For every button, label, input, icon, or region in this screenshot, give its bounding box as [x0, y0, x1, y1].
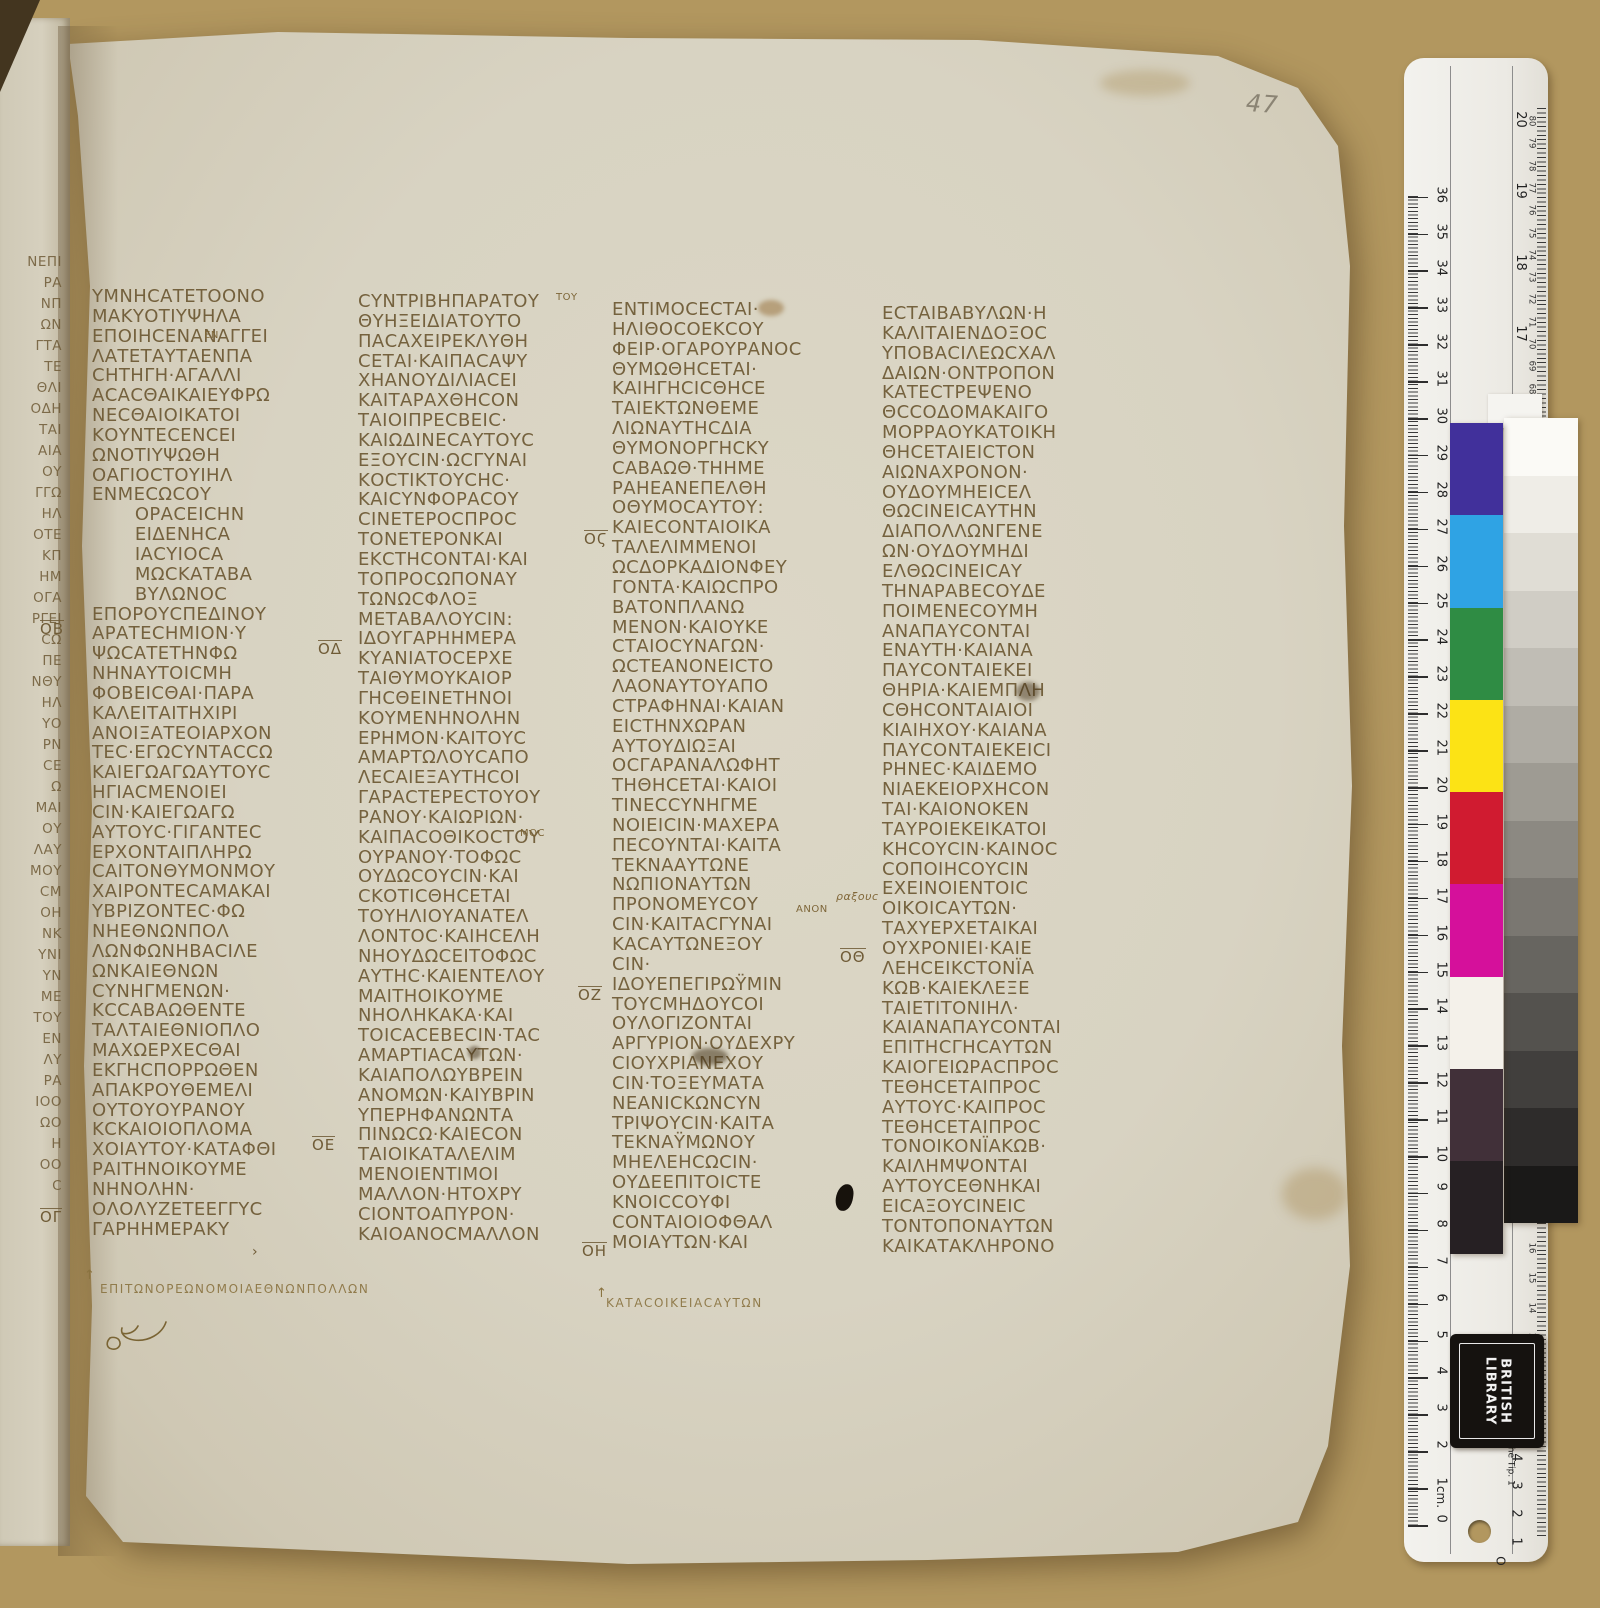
- bottom-margin-note-1: ΕΠΙΤΩΝΟΡΕΩΝΟΜΟΙΑΕΘΝΩΝΠΟΛΛΩΝ: [100, 1282, 369, 1296]
- manuscript-line: ΤΟΥΗΛΙΟΥΑΝΑΤΕΛ: [358, 907, 626, 927]
- facing-fragment: ΝΘΥ: [0, 672, 62, 693]
- cm-number: 23: [1434, 666, 1449, 684]
- facing-fragment: ϹΜ: [0, 882, 62, 903]
- manuscript-line: ΜΑΧΩΕΡΧΕϹΘΑΙ: [92, 1041, 360, 1061]
- manuscript-line: ΥΜΝΗϹΑΤΕΤΟΟΝΟ: [92, 287, 360, 307]
- cm-tick: [1408, 1451, 1428, 1453]
- gray-step: [1504, 1051, 1578, 1109]
- manuscript-line: ΝΕϹΘΑΙΟΙΚΑΤΟΙ: [92, 406, 360, 426]
- manuscript-line: ΕΚϹΤΗϹΟΝΤΑΙ·ΚΑΙ: [358, 550, 626, 570]
- manuscript-line: ΑΥΤΟΥΔΙΩΞΑΙ: [612, 737, 880, 757]
- manuscript-line: ΒΥΛΩΝΟϹ: [92, 585, 360, 605]
- facing-fragment: ΗΜ: [0, 567, 62, 588]
- gray-step: [1504, 533, 1578, 591]
- manuscript-line: ΛΟΝΤΟϹ·ΚΑΙΗϹΕΛΗ: [358, 927, 626, 947]
- manuscript-line: ΚΙΑΙΗΧΟΥ·ΚΑΙΑΝΑ: [882, 721, 1150, 741]
- manuscript-line: ΕϹΤΑΙΒΑΒΥΛΩΝ·Η: [882, 304, 1150, 324]
- section-number: ΟϚ: [584, 530, 608, 546]
- cm-number: 18: [1434, 850, 1449, 868]
- corrector-note: ραξουϲ: [836, 890, 879, 903]
- fine-number: 80: [1526, 116, 1536, 127]
- manuscript-line: ΑΝΟΜΩΝ·ΚΑΙΥΒΡΙΝ: [358, 1086, 626, 1106]
- section-number: ΟΖ: [578, 986, 602, 1002]
- manuscript-line: ΑΥΤΟΥϹ·ΚΑΙΠΡΟϹ: [882, 1098, 1150, 1118]
- facing-fragment: ΗΛ: [0, 693, 62, 714]
- facing-fragment: Ϲ: [0, 1176, 62, 1197]
- fine-number: 75: [1526, 227, 1536, 238]
- manuscript-line: ΕΙϹΑΞΟΥϹΙΝΕΙϹ: [882, 1197, 1150, 1217]
- manuscript-line: ΡΑΙΤΗΝΟΙΚΟΥΜΕ: [92, 1160, 360, 1180]
- cm-tick: [1408, 197, 1428, 199]
- manuscript-line: ΙΔΟΥΕΠΕΓΙΡΩΫΜΙΝ: [612, 975, 880, 995]
- manuscript-line: ΧΗΑΝΟΥΔΙΛΙΑϹΕΙ: [358, 371, 626, 391]
- cm-tick: [1408, 1377, 1428, 1379]
- interlinear-correction: ΕΝ: [204, 330, 219, 341]
- cm-tick: [1408, 824, 1428, 826]
- manuscript-line: ΓΑΡΑϹΤΕΡΕϹΤΟΥΟΥ: [358, 788, 626, 808]
- manuscript-line: ΡΑΝΟΥ·ΚΑΙΩΡΙΩΝ·: [358, 808, 626, 828]
- cm-tick: [1408, 234, 1428, 236]
- manuscript-line: ΗΛΙΘΟϹΟΕΚϹΟΥ: [612, 320, 880, 340]
- cm-tick: [1408, 1119, 1428, 1121]
- section-number: ΟΒ: [40, 620, 64, 636]
- manuscript-line: ΘΥΜΟΝΟΡΓΗϹΚΥ: [612, 439, 880, 459]
- manuscript-line: ΓΗϹΘΕΙΝΕΤΗΝΟΙ: [358, 689, 626, 709]
- cm-number: 8: [1434, 1219, 1449, 1237]
- manuscript-line: ΚΑΙΕϹΟΝΤΑΙΟΙΚΑ: [612, 518, 880, 538]
- manuscript-line: ΝΗΟΥΔΩϹΕΙΤΟΦΩϹ: [358, 947, 626, 967]
- fine-number: 79: [1526, 138, 1536, 149]
- cm-tick: [1408, 603, 1428, 605]
- cm-tick: [1408, 861, 1428, 863]
- british-library-label-line2: LIBRARY: [1482, 1357, 1497, 1426]
- facing-fragment: ΤΟΥ: [0, 1008, 62, 1029]
- color-patch: [1450, 977, 1503, 1069]
- gray-step: [1504, 821, 1578, 879]
- cm-tick: [1408, 418, 1428, 420]
- cm-tick: [1408, 529, 1428, 531]
- gray-step: [1504, 993, 1578, 1051]
- manuscript-line: ΝΗΕΘΝΩΝΠΟΛ: [92, 922, 360, 942]
- manuscript-line: ΟΥΤΟΥΟΥΡΑΝΟΥ: [92, 1101, 360, 1121]
- cm-tick: [1408, 566, 1428, 568]
- manuscript-line: ΠΟΙΜΕΝΕϹΟΥΜΗ: [882, 602, 1150, 622]
- manuscript-line: ΕΝΜΕϹΩϹΟΥ: [92, 485, 360, 505]
- manuscript-line: ΕΠΙΤΗϹΓΗϹΑΥΤΩΝ: [882, 1038, 1150, 1058]
- zero-mark-label: O: [1494, 1556, 1508, 1565]
- parchment-stain: [1100, 70, 1190, 96]
- manuscript-line: ΑϹΑϹΘΑΙΚΑΙΕΥΦΡΩ: [92, 386, 360, 406]
- manuscript-line: ΚΑΙΚΑΤΑΚΛΗΡΟΝΟ: [882, 1237, 1150, 1257]
- facing-fragment: ΟΗ: [0, 903, 62, 924]
- gray-step: [1504, 936, 1578, 994]
- british-library-tab-border: BRITISH LIBRARY: [1459, 1343, 1535, 1439]
- cm-tick: [1408, 1414, 1428, 1416]
- manuscript-line: ΕΛΘΩϹΙΝΕΙϹΑΥ: [882, 562, 1150, 582]
- manuscript-line: ΕΠΟΡΟΥϹΠΕΔΙΝΟΥ: [92, 605, 360, 625]
- manuscript-line: ΦΕΙΡ·ΟΓΑΡΟΥΡΑΝΟϹ: [612, 340, 880, 360]
- cm-tick: [1408, 1230, 1428, 1232]
- manuscript-line: ΤΟΥϹΜΗΔΟΥϹΟΙ: [612, 995, 880, 1015]
- facing-fragment: ΛΑΥ: [0, 840, 62, 861]
- manuscript-line: ϹΙΝ·ΚΑΙΤΑϹΓΥΝΑΙ: [612, 915, 880, 935]
- manuscript-line: ΝΗΟΛΗΚΑΚΑ·ΚΑΙ: [358, 1006, 626, 1026]
- manuscript-line: ϹΕΤΑΙ·ΚΑΙΠΑϹΑΨΥ: [358, 352, 626, 372]
- manuscript-line: ΠΑϹΑΧΕΙΡΕΚΛΥΘΗ: [358, 332, 626, 352]
- cm-tick: [1408, 344, 1428, 346]
- fine-number: 1: [1509, 1537, 1524, 1545]
- manuscript-line: ΚΟΥΜΕΝΗΝΟΛΗΝ: [358, 709, 626, 729]
- manuscript-line: ΚΑΙΑΝΑΠΑΥϹΟΝΤΑΙ: [882, 1018, 1150, 1038]
- manuscript-line: ΠΑΥϹΟΝΤΑΙΕΚΕΙϹΙ: [882, 741, 1150, 761]
- ink-smudge: [468, 1046, 481, 1059]
- cm-number: 11: [1434, 1109, 1449, 1127]
- fine-number: 72: [1526, 294, 1536, 305]
- manuscript-line: ΛΕϹΑΙΕΞΑΥΤΗϹΟΙ: [358, 768, 626, 788]
- facing-fragment: ΤΕ: [0, 357, 62, 378]
- cm-tick: [1408, 787, 1428, 789]
- facing-fragment: ΘΛΙ: [0, 378, 62, 399]
- manuscript-line: ΤΡΙΨΟΥϹΙΝ·ΚΑΙΤΑ: [612, 1114, 880, 1134]
- manuscript-line: ΛΑΟΝΑΥΤΟΥΑΠΟ: [612, 677, 880, 697]
- manuscript-line: ϹΑΒΑΩΘ·ΤΗΗΜΕ: [612, 459, 880, 479]
- cm-unit-label: cm.: [1434, 1486, 1448, 1508]
- manuscript-line: ΑΥΤΟΥϹ·ΓΙΓΑΝΤΕϹ: [92, 823, 360, 843]
- manuscript-line: ΟΥΔΟΥΜΗΕΙϹΕΛ: [882, 483, 1150, 503]
- facing-fragment: ΠΕ: [0, 651, 62, 672]
- cm-number: 9: [1434, 1182, 1449, 1200]
- manuscript-line: ϹΟΠΟΙΗϹΟΥϹΙΝ: [882, 860, 1150, 880]
- cm-tick: [1408, 639, 1428, 641]
- color-patch: [1450, 884, 1503, 976]
- manuscript-line: ΟΥΡΑΝΟΥ·ΤΟΦΩϹ: [358, 848, 626, 868]
- manuscript-line: ΤΑΛΤΑΙΕΘΝΙΟΠΛΟ: [92, 1021, 360, 1041]
- gray-step: [1504, 878, 1578, 936]
- manuscript-line: ΤΕΘΗϹΕΤΑΙΠΡΟϹ: [882, 1118, 1150, 1138]
- manuscript-line: ΚΗϹΟΥϹΙΝ·ΚΑΙΝΟϹ: [882, 840, 1150, 860]
- section-number: ΟΓ: [40, 1208, 62, 1224]
- facing-fragment: ΡΝ: [0, 735, 62, 756]
- manuscript-line: ΘϹϹΟΔΟΜΑΚΑΙΓΟ: [882, 403, 1150, 423]
- manuscript-line: ϹΚΟΤΙϹΘΗϹΕΤΑΙ: [358, 887, 626, 907]
- manuscript-line: ΚΑΙΤΑΡΑΧΘΗϹΟΝ: [358, 391, 626, 411]
- cm-number: 29: [1434, 444, 1449, 462]
- manuscript-line: ϹΥΝΤΡΙΒΗΠΑΡΑΤΟΥ: [358, 292, 626, 312]
- facing-page-text-fragments: ΝΕΠΙΡΑΝΠΩΝΓΤΑΤΕΘΛΙΟΔΗΤΑΙΑΙΑΟΥΓΓΩΗΛΟΤΕΚΠΗ…: [0, 252, 66, 1197]
- manuscript-line: ΤΕΚΝΑΫΜΩΝΟΥ: [612, 1133, 880, 1153]
- manuscript-line: ΜΟΡΡΑΟΥΚΑΤΟΙΚΗ: [882, 423, 1150, 443]
- manuscript-line: ΓΑΡΗΗΜΕΡΑΚΥ: [92, 1220, 360, 1240]
- color-patch: [1450, 1069, 1503, 1161]
- ruler-hole: [1468, 1520, 1491, 1543]
- facing-fragment: ΥΝ: [0, 966, 62, 987]
- manuscript-line: ΟΛΟΛΥΖΕΤΕΕΓΓΥϹ: [92, 1200, 360, 1220]
- manuscript-line: ΚΑΙΛΗΜΨΟΝΤΑΙ: [882, 1157, 1150, 1177]
- manuscript-line: ΔΑΙΩΝ·ΟΝΤΡΟΠΟΝ: [882, 364, 1150, 384]
- manuscript-line: ΑΝΑΠΑΥϹΟΝΤΑΙ: [882, 622, 1150, 642]
- manuscript-line: ΚΑΙΟΓΕΙΩΡΑϹΠΡΟϹ: [882, 1058, 1150, 1078]
- caret-mark: ↑: [84, 1268, 95, 1283]
- manuscript-line: ΚΑΙΩΔΙΝΕϹΑΥΤΟΥϹ: [358, 431, 626, 451]
- facing-fragment: ΥΝΙ: [0, 945, 62, 966]
- manuscript-line: ΛΙΩΝΑΥΤΗϹΔΙΑ: [612, 419, 880, 439]
- manuscript-line: ΓΟΝΤΑ·ΚΑΙΩϹΠΡΟ: [612, 578, 880, 598]
- facing-fragment: ΝΚ: [0, 924, 62, 945]
- gray-step: [1504, 706, 1578, 764]
- bottom-margin-note-2: ΚΑΤΑϹΟΙΚΕΙΑϹΑΥΤΩΝ: [606, 1296, 763, 1310]
- manuscript-line: ΜΕΤΑΒΑΛΟΥϹΙΝ:: [358, 610, 626, 630]
- manuscript-line: ΤΗΘΗϹΕΤΑΙ·ΚΑΙΟΙ: [612, 776, 880, 796]
- facing-fragment: ΟΥ: [0, 819, 62, 840]
- manuscript-line: ΚϹϹΑΒΑΩΘΕΝΤΕ: [92, 1001, 360, 1021]
- manuscript-line: ΜΗΕΛΕΗϹΩϹΙΝ·: [612, 1153, 880, 1173]
- cm-number: 28: [1434, 481, 1449, 499]
- manuscript-line: ΤΑΙΟΙΠΡΕϹΒΕΙϹ·: [358, 411, 626, 431]
- facing-fragment: ΡΑ: [0, 1071, 62, 1092]
- manuscript-line: ΜΑΛΛΟΝ·ΗΤΟΧΡΥ: [358, 1185, 626, 1205]
- manuscript-line: ΤΕΚΝΑΑΥΤΩΝΕ: [612, 856, 880, 876]
- manuscript-line: ΚΑΙΑΠΟΛΩΥΒΡΕΙΝ: [358, 1066, 626, 1086]
- manuscript-line: ΠΙΝΩϹΩ·ΚΑΙΕϹΟΝ: [358, 1125, 626, 1145]
- gray-step: [1504, 648, 1578, 706]
- cm-tick: [1408, 270, 1428, 272]
- parchment-stain: [758, 300, 784, 316]
- manuscript-line: ΤΕΘΗϹΕΤΑΙΠΡΟϹ: [882, 1078, 1150, 1098]
- fine-number: 16: [1526, 1243, 1536, 1254]
- cm-number: 7: [1434, 1256, 1449, 1274]
- facing-fragment: ΩΝ: [0, 315, 62, 336]
- cm-tick: [1408, 935, 1428, 937]
- manuscript-line: ΚΑΛΕΙΤΑΙΤΗΧΙΡΙ: [92, 704, 360, 724]
- diple-mark: ›: [252, 1244, 258, 1260]
- cm-tick: [1408, 898, 1428, 900]
- fine-number: 73: [1526, 272, 1536, 283]
- cm-tick: [1408, 1156, 1428, 1158]
- fine-number: 71: [1526, 316, 1536, 327]
- manuscript-line: ΟϹΓΑΡΑΝΑΛΩΦΗΤ: [612, 756, 880, 776]
- cm-number: 25: [1434, 592, 1449, 610]
- color-patch: [1450, 1161, 1503, 1253]
- fine-number: 68: [1526, 383, 1536, 394]
- manuscript-line: ϹΘΗϹΟΝΤΑΙΑΙΟΙ: [882, 701, 1150, 721]
- manuscript-line: ΜΟΙΑΥΤΩΝ·ΚΑΙ: [612, 1233, 880, 1253]
- cm-tick: [1408, 1008, 1428, 1010]
- fine-number: 70: [1526, 339, 1536, 350]
- color-calibration-bar: [1450, 423, 1503, 1254]
- manuscript-line: ΒΑΤΟΝΠΛΑΝΩ: [612, 598, 880, 618]
- text-column-4: ΕϹΤΑΙΒΑΒΥΛΩΝ·ΗΚΑΛΙΤΑΙΕΝΔΟΞΟϹΥΠΟΒΑϹΙΛΕΩϹΧ…: [882, 304, 1150, 1257]
- facing-fragment: ΑΙΑ: [0, 441, 62, 462]
- gray-step: [1504, 1108, 1578, 1166]
- manuscript-line: ΩΝ·ΟΥΔΟΥΜΗΔΙ: [882, 542, 1150, 562]
- section-number: ΟΘ: [840, 948, 866, 964]
- manuscript-line: ΝΟΙΕΙϹΙΝ·ΜΑΧΕΡΑ: [612, 816, 880, 836]
- manuscript-line: ΝΕΑΝΙϹΚΩΝϹΥΝ: [612, 1094, 880, 1114]
- cm-number: 17: [1434, 887, 1449, 905]
- interlinear-correction: ΤΟΥ: [556, 292, 578, 303]
- manuscript-line: ΜΩϹΚΑΤΑΒΑ: [92, 565, 360, 585]
- manuscript-line: ΠΕϹΟΥΝΤΑΙ·ΚΑΙΤΑ: [612, 836, 880, 856]
- manuscript-line: ΕΙϹΤΗΝΧΩΡΑΝ: [612, 717, 880, 737]
- facing-fragment: ΜΟΥ: [0, 861, 62, 882]
- manuscript-line: ΛΩΝΦΩΝΗΒΑϹΙΛΕ: [92, 942, 360, 962]
- cm-number: 12: [1434, 1072, 1449, 1090]
- cm-number: 32: [1434, 334, 1449, 352]
- manuscript-line: ΕΡΗΜΟΝ·ΚΑΙΤΟΥϹ: [358, 729, 626, 749]
- grayscale-calibration-bar: [1504, 418, 1578, 1223]
- cm-number: 6: [1434, 1293, 1449, 1311]
- manuscript-line: ΕΧΕΙΝΟΙΕΝΤΟΙϹ: [882, 879, 1150, 899]
- manuscript-line: ΟΥΧΡΟΝΙΕΙ·ΚΑΙΕ: [882, 939, 1150, 959]
- cm-tick: [1408, 1488, 1428, 1490]
- folio-number: 47: [1245, 89, 1279, 119]
- cm-number: 14: [1434, 998, 1449, 1016]
- text-column-1: ΥΜΝΗϹΑΤΕΤΟΟΝΟΜΑΚΥΟΤΙΥΨΗΛΑΕΠΟΙΗϹΕΝΑΝΑΓΓΕΙ…: [92, 287, 360, 1240]
- facing-fragment: ΥΟ: [0, 714, 62, 735]
- cm-number: 36: [1434, 186, 1449, 204]
- manuscript-line: ΑΝΟΙΞΑΤΕΟΙΑΡΧΟΝ: [92, 724, 360, 744]
- manuscript-line: ΚΑΙΕΓΩΑΓΩΑΥΤΟΥϹ: [92, 763, 360, 783]
- cm-number: 30: [1434, 408, 1449, 426]
- cm-tick: [1408, 676, 1428, 678]
- manuscript-line: ΤΟΝΟΙΚΟΝΪΑΚΩΒ·: [882, 1137, 1150, 1157]
- cm-tick: [1408, 1304, 1428, 1306]
- section-number: ΟΔ: [318, 640, 342, 656]
- manuscript-line: ΘΥΗΞΕΙΔΙΑΤΟΥΤΟ: [358, 312, 626, 332]
- manuscript-line: ΜΕΝΟΝ·ΚΑΙΟΥΚΕ: [612, 618, 880, 638]
- manuscript-line: ΕΚΓΗϹΠΟΡΡΩΘΕΝ: [92, 1061, 360, 1081]
- manuscript-line: ΟΙΚΟΙϹΑΥΤΩΝ·: [882, 899, 1150, 919]
- cm-number: 16: [1434, 924, 1449, 942]
- manuscript-line: ΑΥΤΗϹ·ΚΑΙΕΝΤΕΛΟΥ: [358, 967, 626, 987]
- cm-number: 3: [1434, 1404, 1449, 1422]
- manuscript-line: ΑΙΩΝΑΧΡΟΝΟΝ·: [882, 463, 1150, 483]
- cm-tick: [1408, 1193, 1428, 1195]
- cm-tick: [1408, 1082, 1428, 1084]
- gray-step: [1504, 763, 1578, 821]
- manuscript-line: ΤΑΧΥΕΡΧΕΤΑΙΚΑΙ: [882, 919, 1150, 939]
- cm-tick: [1408, 750, 1428, 752]
- manuscript-line: ΜΕΝΟΙΕΝΤΙΜΟΙ: [358, 1165, 626, 1185]
- facing-fragment: ΛΥ: [0, 1050, 62, 1071]
- cm-number: 33: [1434, 297, 1449, 315]
- manuscript-line: ΘΩϹΙΝΕΙϹΑΥΤΗΝ: [882, 502, 1150, 522]
- manuscript-line: ΤΗΝΑΡΑΒΕϹΟΥΔΕ: [882, 582, 1150, 602]
- manuscript-line: ΚΑΙΗΓΗϹΙϹΘΗϹΕ: [612, 379, 880, 399]
- facing-fragment: ΟΤΕ: [0, 525, 62, 546]
- manuscript-line: ΚΥΑΝΙΑΤΟϹΕΡΧΕ: [358, 649, 626, 669]
- interlinear-correction: ΑΝΟΝ: [796, 904, 828, 915]
- manuscript-line: ΗΓΙΑϹΜΕΝΟΙΕΙ: [92, 783, 360, 803]
- manuscript-line: ΚΟΥΝΤΕϹΕΝϹΕΙ: [92, 426, 360, 446]
- cm-number: 2: [1434, 1441, 1449, 1459]
- manuscript-line: ΚΑΛΙΤΑΙΕΝΔΟΞΟϹ: [882, 324, 1150, 344]
- fine-number: 14: [1526, 1303, 1536, 1314]
- manuscript-line: ΟΑΓΙΟϹΤΟΥΙΗΛ: [92, 466, 360, 486]
- fine-number: 15: [1526, 1273, 1536, 1284]
- cm-number: 0: [1434, 1515, 1449, 1533]
- facing-fragment: Η: [0, 1134, 62, 1155]
- facing-fragment: ΙΟΟ: [0, 1092, 62, 1113]
- british-library-tab: BRITISH LIBRARY: [1450, 1334, 1544, 1448]
- manuscript-line: ΤΟΠΡΟϹΩΠΟΝΑΥ: [358, 570, 626, 590]
- cm-number: 5: [1434, 1330, 1449, 1348]
- manuscript-line: ΤΑΥΡΟΙΕΚΕΙΚΑΤΟΙ: [882, 820, 1150, 840]
- manuscript-line: ΤΑΙΕΤΙΤΟΝΙΗΛ·: [882, 999, 1150, 1019]
- cm-number: 21: [1434, 740, 1449, 758]
- color-patch: [1450, 423, 1503, 515]
- cm-number: 35: [1434, 223, 1449, 241]
- manuscript-line: ϹΗΤΗΓΗ·ΑΓΑΛΛΙ: [92, 366, 360, 386]
- manuscript-line: ΚΑΤΕϹΤΡΕΨΕΝΟ: [882, 383, 1150, 403]
- facing-fragment: ΟΟ: [0, 1155, 62, 1176]
- manuscript-line: ΕΝΤΙΜΟϹΕϹΤΑΙ·: [612, 300, 880, 320]
- facing-fragment: ΜΑΙ: [0, 798, 62, 819]
- manuscript-line: ΕΙΔΕΝΗϹΑ: [92, 525, 360, 545]
- manuscript-line: ΕΡΧΟΝΤΑΙΠΛΗΡΩ: [92, 843, 360, 863]
- fine-number: 77: [1526, 182, 1536, 193]
- manuscript-line: ΤΑΙΟΙΚΑΤΑΛΕΛΙΜ: [358, 1145, 626, 1165]
- manuscript-line: ΡΗΝΕϹ·ΚΑΙΔΕΜΟ: [882, 760, 1150, 780]
- manuscript-line: ΘΗϹΕΤΑΙΕΙϹΤΟΝ: [882, 443, 1150, 463]
- manuscript-line: ΑΡΓΥΡΙΟΝ·ΟΥΔΕΧΡΥ: [612, 1034, 880, 1054]
- manuscript-line: ΕΞΟΥϹΙΝ·ΩϹΓΥΝΑΙ: [358, 451, 626, 471]
- cm-tick: [1408, 1267, 1428, 1269]
- manuscript-line: ΚΑΙϹΥΝΦΟΡΑϹΟΥ: [358, 490, 626, 510]
- section-number: ΟΕ: [312, 1136, 335, 1152]
- section-number: ΟΗ: [582, 1242, 607, 1258]
- manuscript-line: ΙΔΟΥΓΑΡΗΗΜΕΡΑ: [358, 629, 626, 649]
- cm-number: 20: [1434, 777, 1449, 795]
- facing-fragment: ΓΓΩ: [0, 483, 62, 504]
- cm-number: 22: [1434, 703, 1449, 721]
- cm-tick: [1408, 455, 1428, 457]
- facing-fragment: Ω: [0, 777, 62, 798]
- manuscript-line: ΝΙΑΕΚΕΙΟΡΧΗϹΟΝ: [882, 780, 1150, 800]
- cm-number: 15: [1434, 961, 1449, 979]
- facing-fragment: ΝΕΠΙ: [0, 252, 62, 273]
- cm-number: 24: [1434, 629, 1449, 647]
- facing-fragment: ΝΠ: [0, 294, 62, 315]
- manuscript-line: ΩϹΤΕΑΝΟΝΕΙϹΤΟ: [612, 657, 880, 677]
- cm-tick: [1408, 1045, 1428, 1047]
- color-patch: [1450, 700, 1503, 792]
- facing-fragment: ΕΝ: [0, 1029, 62, 1050]
- cm-number: 19: [1434, 813, 1449, 831]
- color-patch: [1450, 608, 1503, 700]
- facing-fragment: ΩΟ: [0, 1113, 62, 1134]
- manuscript-line: ϹΙΝΕΤΕΡΟϹΠΡΟϹ: [358, 510, 626, 530]
- manuscript-line: ΠΑΥϹΟΝΤΑΙΕΚΕΙ: [882, 661, 1150, 681]
- manuscript-line: ΙΑϹΥΙΟϹΑ: [92, 545, 360, 565]
- manuscript-line: ΚΑΙΠΑϹΟΘΙΚΟϹΤΟΥ: [358, 828, 626, 848]
- cm-tick: [1408, 1525, 1428, 1527]
- interlinear-correction: ΜΟϹ: [520, 828, 545, 839]
- cm-tick: [1408, 492, 1428, 494]
- manuscript-line: ΚΩΒ·ΚΑΙΕΚΛΕΞΕ: [882, 979, 1150, 999]
- cm-tick: [1408, 972, 1428, 974]
- manuscript-line: ΤΑΙ·ΚΑΙΟΝΟΚΕΝ: [882, 800, 1150, 820]
- manuscript-line: ΑΥΤΟΥϹΕΘΝΗΚΑΙ: [882, 1177, 1150, 1197]
- text-column-3: ΕΝΤΙΜΟϹΕϹΤΑΙ·ΗΛΙΘΟϹΟΕΚϹΟΥΦΕΙΡ·ΟΓΑΡΟΥΡΑΝΟ…: [612, 300, 880, 1253]
- facing-fragment: ΗΛ: [0, 504, 62, 525]
- manuscript-line: ϹΑΙΤΟΝΘΥΜΟΝΜΟΥ: [92, 862, 360, 882]
- fine-number: 2: [1509, 1509, 1524, 1517]
- manuscript-line: ϹΥΝΗΓΜΕΝΩΝ·: [92, 982, 360, 1002]
- manuscript-line: ΦΟΒΕΙϹΘΑΙ·ΠΑΡΑ: [92, 684, 360, 704]
- manuscript-line: ΝΗΝΟΛΗΝ·: [92, 1180, 360, 1200]
- british-library-label-line1: BRITISH: [1497, 1357, 1512, 1426]
